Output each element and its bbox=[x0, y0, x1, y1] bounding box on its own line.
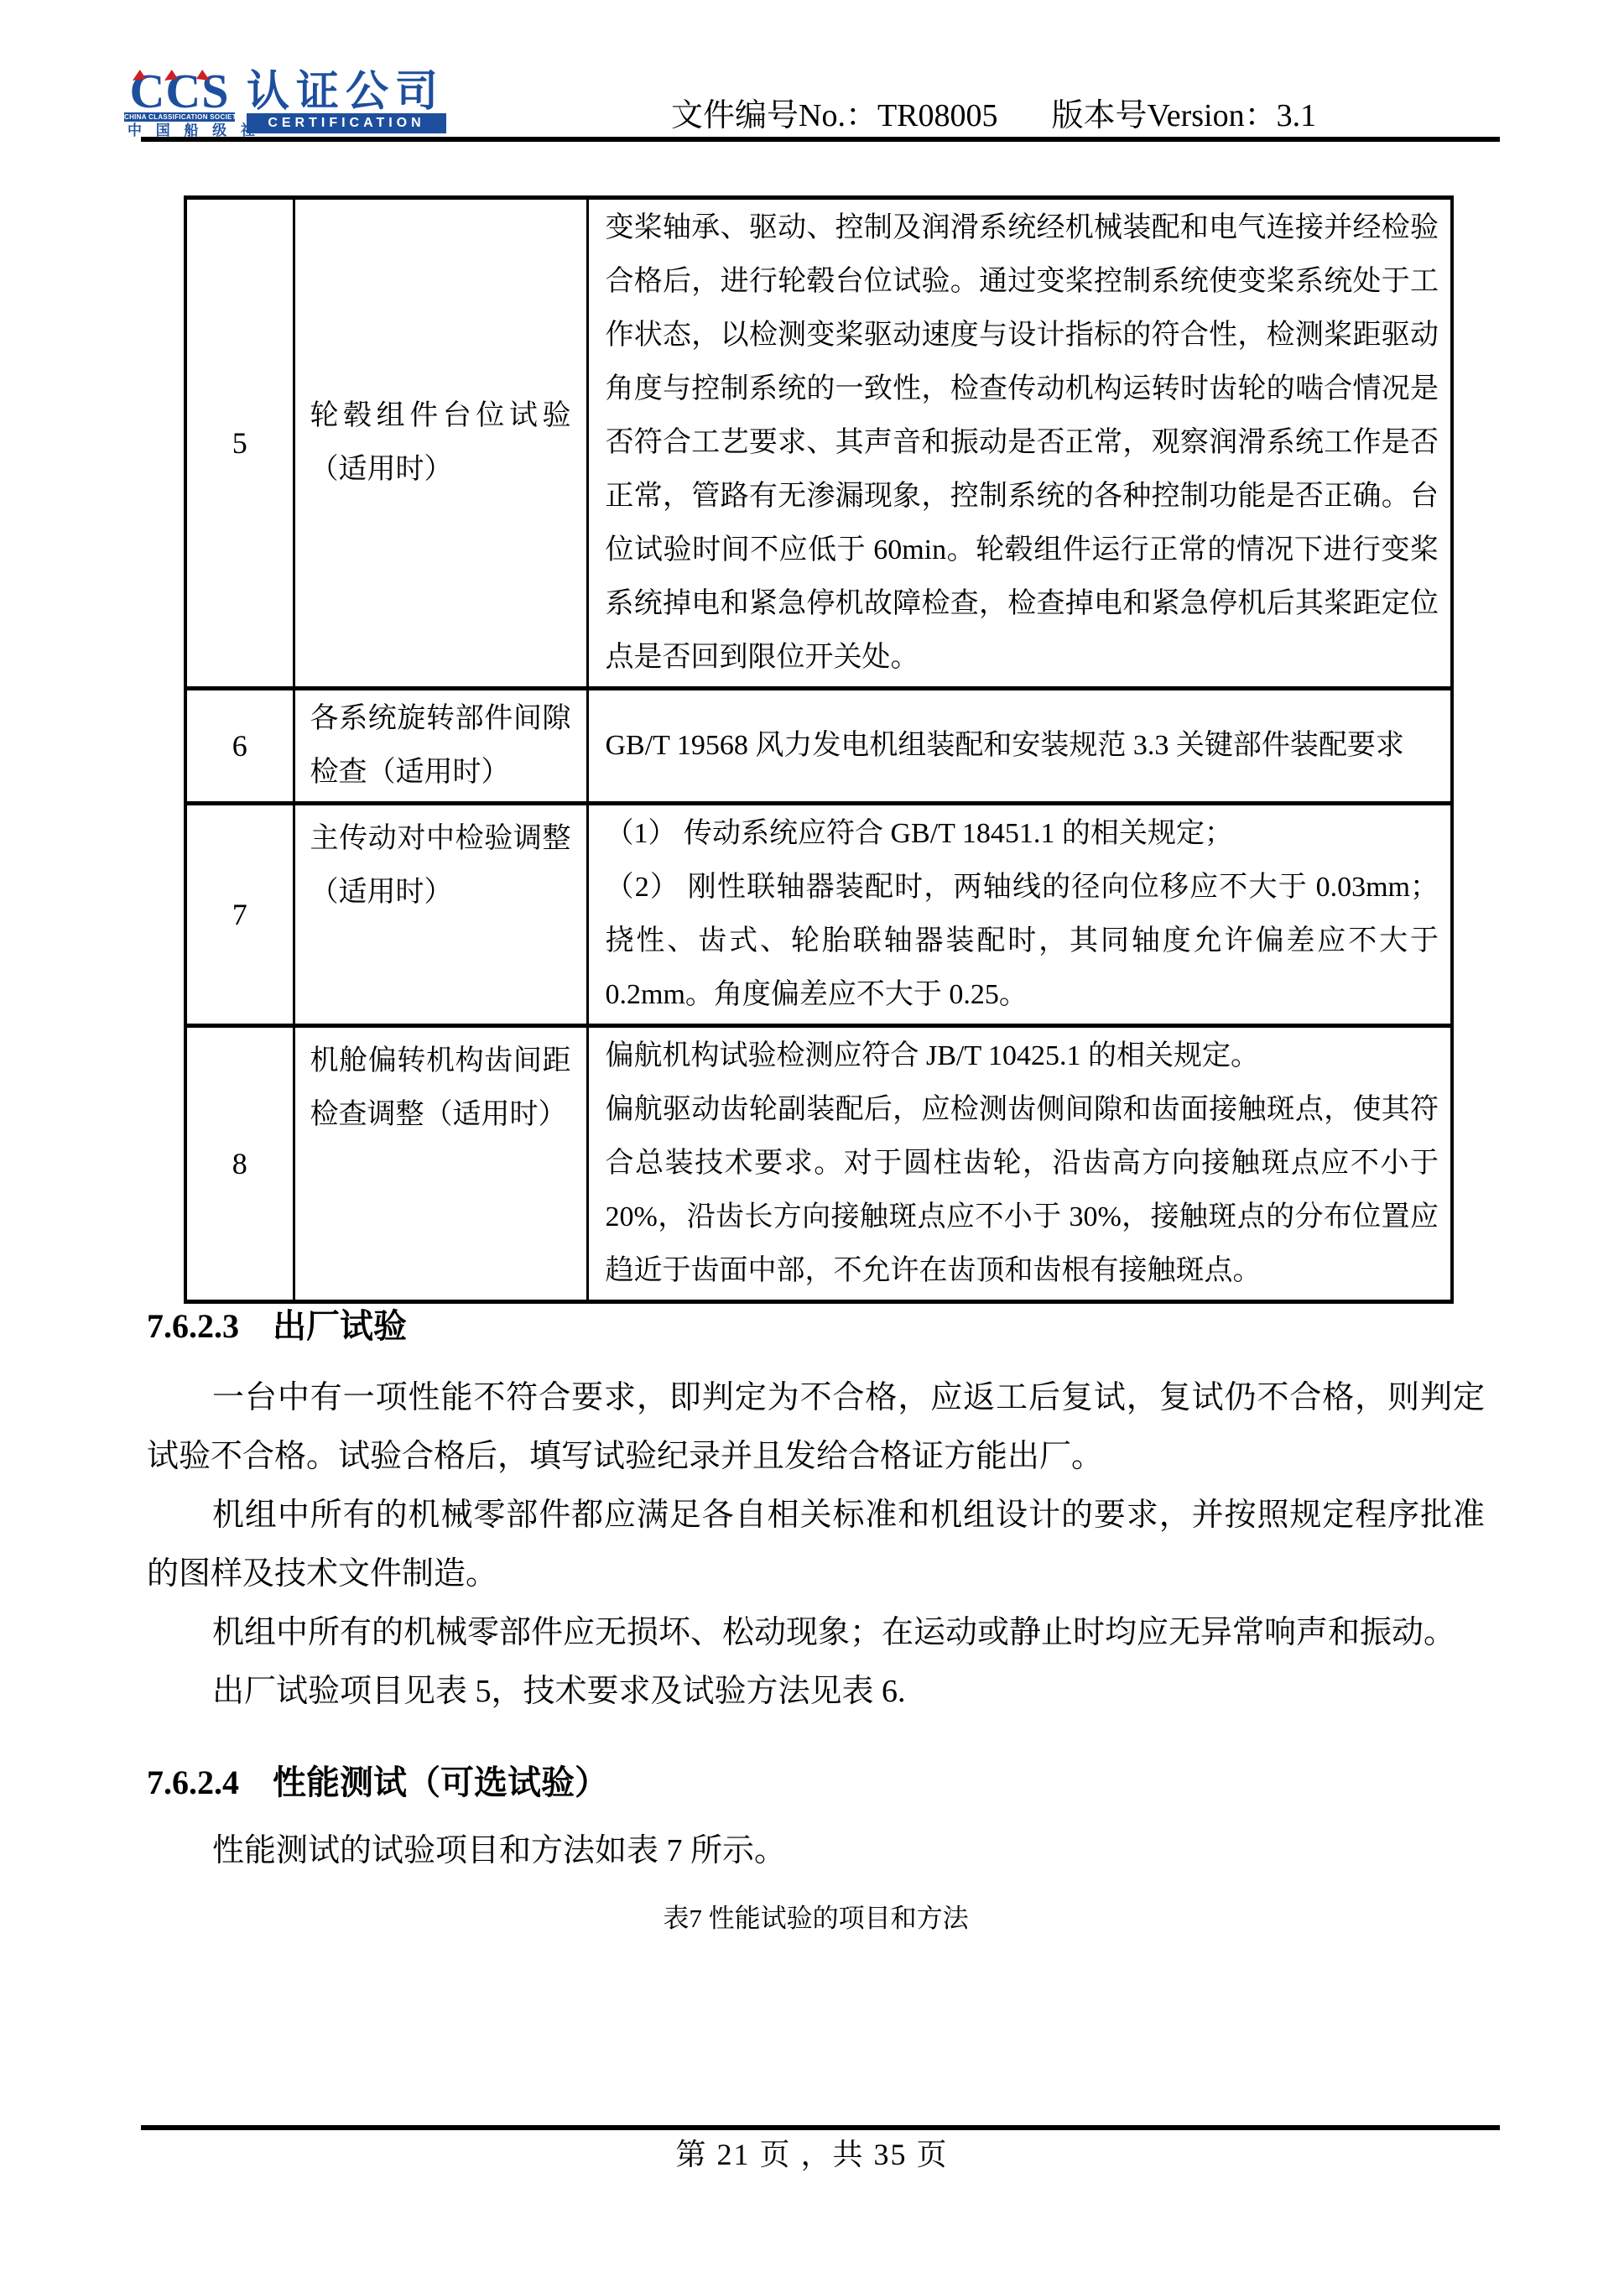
company-name-cn: 认证公司 bbox=[247, 72, 446, 111]
table-row: 7 主传动对中检验调整（适用时） （1） 传动系统应符合 GB/T 18451.… bbox=[185, 804, 1452, 1026]
test-item-name: 轮毂组件台位试验（适用时） bbox=[294, 198, 587, 689]
description-paragraph: 偏航机构试验检测应符合 JB/T 10425.1 的相关规定。 bbox=[606, 1029, 1439, 1083]
row-number: 8 bbox=[185, 1026, 294, 1302]
ccs-logo: CCS CHINA CLASSIFICATION SOCIETY 中 国 船 级… bbox=[124, 72, 235, 138]
table-row: 6 各系统旋转部件间隙检查（适用时） GB/T 19568 风力发电机组装配和安… bbox=[185, 689, 1452, 804]
section-heading-7624: 7.6.2.4 性能测试（可选试验） bbox=[147, 1763, 1485, 1803]
paragraph: 性能测试的试验项目和方法如表 7 所示。 bbox=[147, 1821, 1485, 1880]
row-number: 7 bbox=[185, 804, 294, 1026]
certification-banner: CERTIFICATION bbox=[247, 113, 446, 133]
row-number: 6 bbox=[185, 689, 294, 804]
test-item-name: 主传动对中检验调整（适用时） bbox=[294, 804, 587, 1026]
paragraph: 一台中有一项性能不符合要求，即判定为不合格，应返工后复试，复试仍不合格，则判定试… bbox=[147, 1368, 1485, 1486]
test-item-description: 偏航机构试验检测应符合 JB/T 10425.1 的相关规定。 偏航驱动齿轮副装… bbox=[587, 1026, 1452, 1302]
description-paragraph: GB/T 19568 风力发电机组装配和安装规范 3.3 关键部件装配要求 bbox=[606, 719, 1439, 773]
ccs-logo-acronym: CCS bbox=[124, 72, 235, 111]
paragraph: 机组中所有的机械零部件都应满足各自相关标准和机组设计的要求，并按照规定程序批准的… bbox=[147, 1486, 1485, 1603]
description-paragraph: （1） 传动系统应符合 GB/T 18451.1 的相关规定； bbox=[606, 807, 1439, 861]
test-item-name: 各系统旋转部件间隙检查（适用时） bbox=[294, 689, 587, 804]
table-row: 8 机舱偏转机构齿间距检查调整（适用时） 偏航机构试验检测应符合 JB/T 10… bbox=[185, 1026, 1452, 1302]
footer-rule bbox=[141, 2125, 1500, 2130]
table-row: 5 轮毂组件台位试验（适用时） 变桨轴承、驱动、控制及润滑系统经机械装配和电气连… bbox=[185, 198, 1452, 689]
description-paragraph: 变桨轴承、驱动、控制及润滑系统经机械装配和电气连接并经检验合格后，进行轮毂台位试… bbox=[606, 201, 1439, 685]
row-number: 5 bbox=[185, 198, 294, 689]
test-item-description: （1） 传动系统应符合 GB/T 18451.1 的相关规定； （2） 刚性联轴… bbox=[587, 804, 1452, 1026]
doc-number: 文件编号No.：TR08005 bbox=[671, 97, 998, 134]
description-paragraph: （2） 刚性联轴器装配时，两轴线的径向位移应不大于 0.03mm；挠性、齿式、轮… bbox=[606, 861, 1439, 1022]
ccs-text: CCS bbox=[129, 64, 229, 118]
page-number: 第 21 页 ，共 35 页 bbox=[0, 2137, 1624, 2172]
description-paragraph: 偏航驱动齿轮副装配后，应检测齿侧间隙和齿面接触斑点，使其符合总装技术要求。对于圆… bbox=[606, 1083, 1439, 1298]
paragraph: 出厂试验项目见表 5，技术要求及试验方法见表 6. bbox=[147, 1662, 1485, 1721]
header-rule bbox=[141, 137, 1500, 142]
body-text: 7.6.2.3 出厂试验 一台中有一项性能不符合要求，即判定为不合格，应返工后复… bbox=[147, 1306, 1485, 1936]
document-page: CCS CHINA CLASSIFICATION SOCIETY 中 国 船 级… bbox=[0, 0, 1624, 2277]
document-meta: 文件编号No.：TR08005 版本号Version：3.1 bbox=[671, 97, 1316, 134]
paragraph: 机组中所有的机械零部件应无损坏、松动现象；在运动或静止时均应无异常响声和振动。 bbox=[147, 1603, 1485, 1662]
society-name-cn: 中 国 船 级 社 bbox=[124, 123, 235, 138]
certification-company-wordmark: 认证公司 CERTIFICATION bbox=[247, 72, 446, 133]
table7-caption: 表7 性能试验的项目和方法 bbox=[147, 1902, 1485, 1936]
section-7623-paragraphs: 一台中有一项性能不符合要求，即判定为不合格，应返工后复试，复试仍不合格，则判定试… bbox=[147, 1368, 1485, 1721]
test-item-description: GB/T 19568 风力发电机组装配和安装规范 3.3 关键部件装配要求 bbox=[587, 689, 1452, 804]
test-item-name: 机舱偏转机构齿间距检查调整（适用时） bbox=[294, 1026, 587, 1302]
doc-version: 版本号Version：3.1 bbox=[1052, 97, 1317, 134]
test-items-table: 5 轮毂组件台位试验（适用时） 变桨轴承、驱动、控制及润滑系统经机械装配和电气连… bbox=[184, 195, 1454, 1304]
section-heading-7623: 7.6.2.3 出厂试验 bbox=[147, 1306, 1485, 1347]
test-item-description: 变桨轴承、驱动、控制及润滑系统经机械装配和电气连接并经检验合格后，进行轮毂台位试… bbox=[587, 198, 1452, 689]
